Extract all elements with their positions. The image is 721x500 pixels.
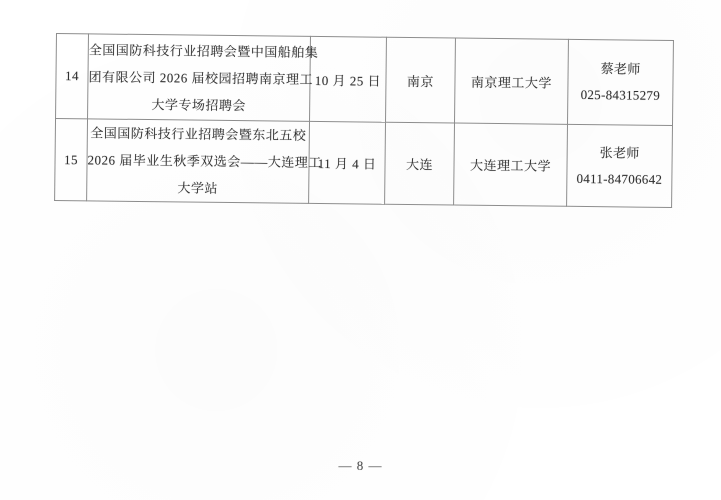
date-cell: 11 月 4 日 bbox=[309, 121, 386, 204]
contact-cell: 蔡老师 025-84315279 bbox=[567, 39, 673, 125]
event-line: 全国国防科技行业招聘会暨中国船舶集 bbox=[89, 36, 310, 66]
university-cell: 大连理工大学 bbox=[454, 123, 568, 206]
contact-name: 张老师 bbox=[568, 139, 672, 166]
contact-name: 蔡老师 bbox=[568, 56, 672, 83]
recruitment-schedule-table: 14 全国国防科技行业招聘会暨中国船舶集 团有限公司 2026 届校园招聘南京理… bbox=[54, 33, 674, 208]
university-cell: 南京理工大学 bbox=[455, 38, 569, 124]
event-line: 2026 届毕业生秋季双选会——大连理工 bbox=[87, 146, 308, 176]
row-index-cell: 15 bbox=[55, 119, 88, 201]
event-line: 全国国防科技行业招聘会暨东北五校 bbox=[88, 119, 309, 149]
table-tilt-wrapper: 14 全国国防科技行业招聘会暨中国船舶集 团有限公司 2026 届校园招聘南京理… bbox=[54, 33, 674, 208]
contact-phone: 0411-84706642 bbox=[567, 165, 671, 192]
event-line: 团有限公司 2026 届校园招聘南京理工 bbox=[88, 63, 309, 93]
scanned-document-page: 14 全国国防科技行业招聘会暨中国船舶集 团有限公司 2026 届校园招聘南京理… bbox=[0, 0, 721, 500]
table-row: 14 全国国防科技行业招聘会暨中国船舶集 团有限公司 2026 届校园招聘南京理… bbox=[56, 34, 674, 126]
city-cell: 大连 bbox=[385, 122, 455, 205]
city-cell: 南京 bbox=[386, 37, 456, 123]
row-index-cell: 14 bbox=[56, 34, 89, 119]
event-name-cell: 全国国防科技行业招聘会暨中国船舶集 团有限公司 2026 届校园招聘南京理工 大… bbox=[88, 34, 311, 122]
page-number: — 8 — bbox=[0, 458, 721, 474]
date-cell: 10 月 25 日 bbox=[310, 36, 387, 122]
contact-phone: 025-84315279 bbox=[568, 82, 672, 109]
event-name-cell: 全国国防科技行业招聘会暨东北五校 2026 届毕业生秋季双选会——大连理工 大学… bbox=[87, 119, 310, 204]
event-line: 大学专场招聘会 bbox=[88, 90, 309, 120]
event-line: 大学站 bbox=[87, 173, 308, 203]
contact-cell: 张老师 0411-84706642 bbox=[567, 124, 673, 207]
table-row: 15 全国国防科技行业招聘会暨东北五校 2026 届毕业生秋季双选会——大连理工… bbox=[55, 119, 673, 208]
